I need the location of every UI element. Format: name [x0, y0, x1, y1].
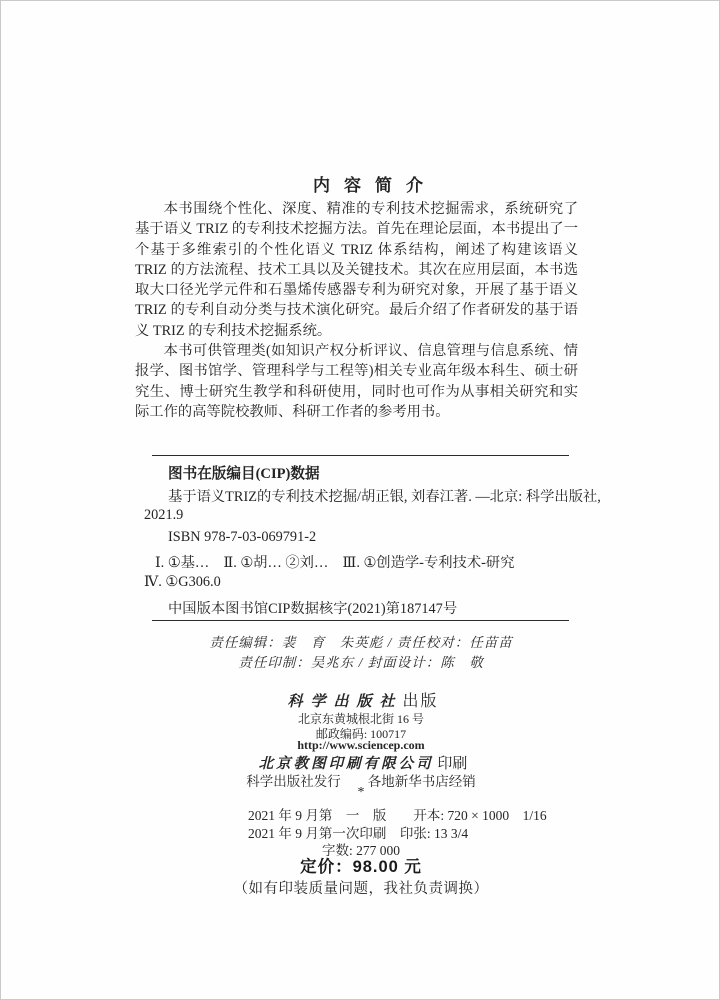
cip-classification-line-2: Ⅳ. ①G306.0	[144, 574, 221, 591]
cip-record-number: 中国版本图书馆CIP数据核字(2021)第187147号	[168, 598, 457, 618]
content-summary-title: 内容简介	[1, 171, 720, 196]
price-line: 定价：98.00 元	[1, 853, 720, 877]
quality-notice: （如有印装质量问题，我社负责调换）	[1, 877, 720, 898]
cip-title-continuation: 2021.9	[144, 507, 183, 524]
cip-title-line: 基于语义TRIZ的专利技术挖掘/胡正银, 刘春江著. —北京: 科学出版社,	[168, 486, 601, 506]
cip-bottom-rule	[152, 620, 569, 621]
edition-format-line: 2021 年 9 月第 一 版 开本: 720 × 1000 1/16	[248, 804, 547, 824]
publisher-line: 科学出版社出版	[1, 688, 720, 711]
publisher-website: http://www.sciencep.com	[1, 738, 720, 753]
book-copyright-page: 内容简介 本书围绕个性化、深度、精准的专利技术挖掘需求，系统研究了基于语义 TR…	[0, 0, 720, 1000]
isbn-number: ISBN 978-7-03-069791-2	[168, 529, 316, 546]
content-summary-body: 本书围绕个性化、深度、精准的专利技术挖掘需求，系统研究了基于语义 TRIZ 的专…	[135, 199, 578, 422]
cip-heading: 图书在版编目(CIP)数据	[168, 462, 320, 483]
cip-top-rule	[152, 455, 569, 456]
summary-paragraph-2: 本书可供管理类(如知识产权分析评议、信息管理与信息系统、情报学、图书馆学、管理科…	[135, 341, 578, 422]
publisher-suffix: 出版	[403, 693, 439, 710]
summary-paragraph-1: 本书围绕个性化、深度、精准的专利技术挖掘需求，系统研究了基于语义 TRIZ 的专…	[135, 199, 578, 341]
separator-asterisk: *	[1, 785, 720, 801]
cip-classification-line-1: Ⅰ. ①基… Ⅱ. ①胡… ②刘… Ⅲ. ①创造学-专利技术-研究	[155, 552, 515, 572]
editor-credits-line: 责任编辑：裴 育 朱英彪 / 责任校对：任苗苗	[1, 631, 720, 651]
publisher-name: 科学出版社	[283, 694, 402, 710]
print-design-credits-line: 责任印制：吴兆东 / 封面设计：陈 敬	[1, 651, 720, 671]
